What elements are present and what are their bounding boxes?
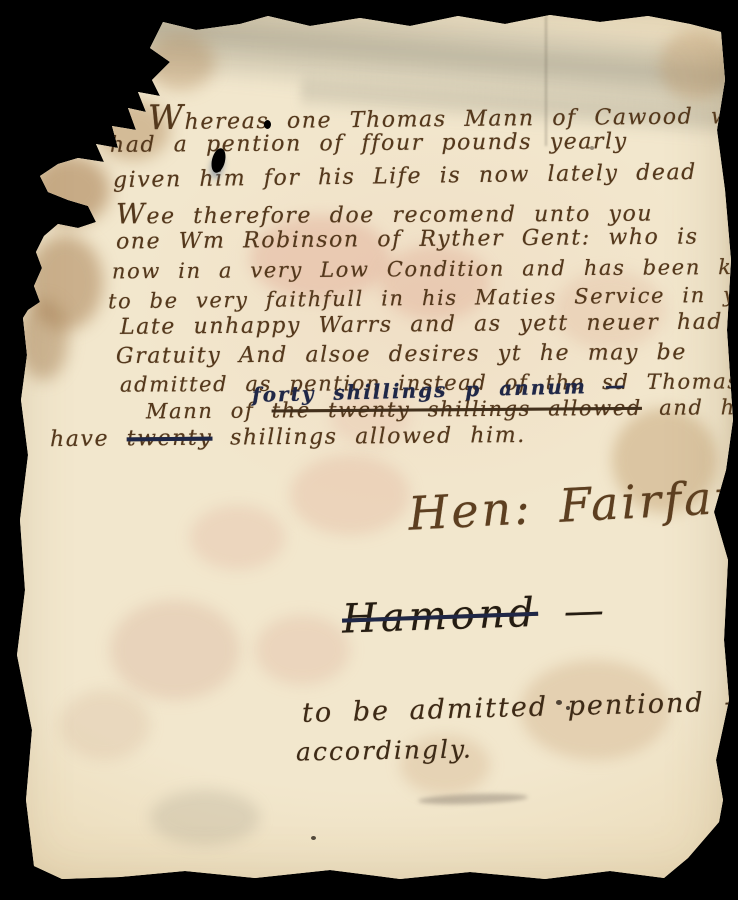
paper-edge-vignette (0, 0, 738, 900)
manuscript-paper: Whereas one Thomas Mann of Cawood who ha… (0, 0, 738, 900)
photo-background: Whereas one Thomas Mann of Cawood who ha… (0, 0, 738, 900)
